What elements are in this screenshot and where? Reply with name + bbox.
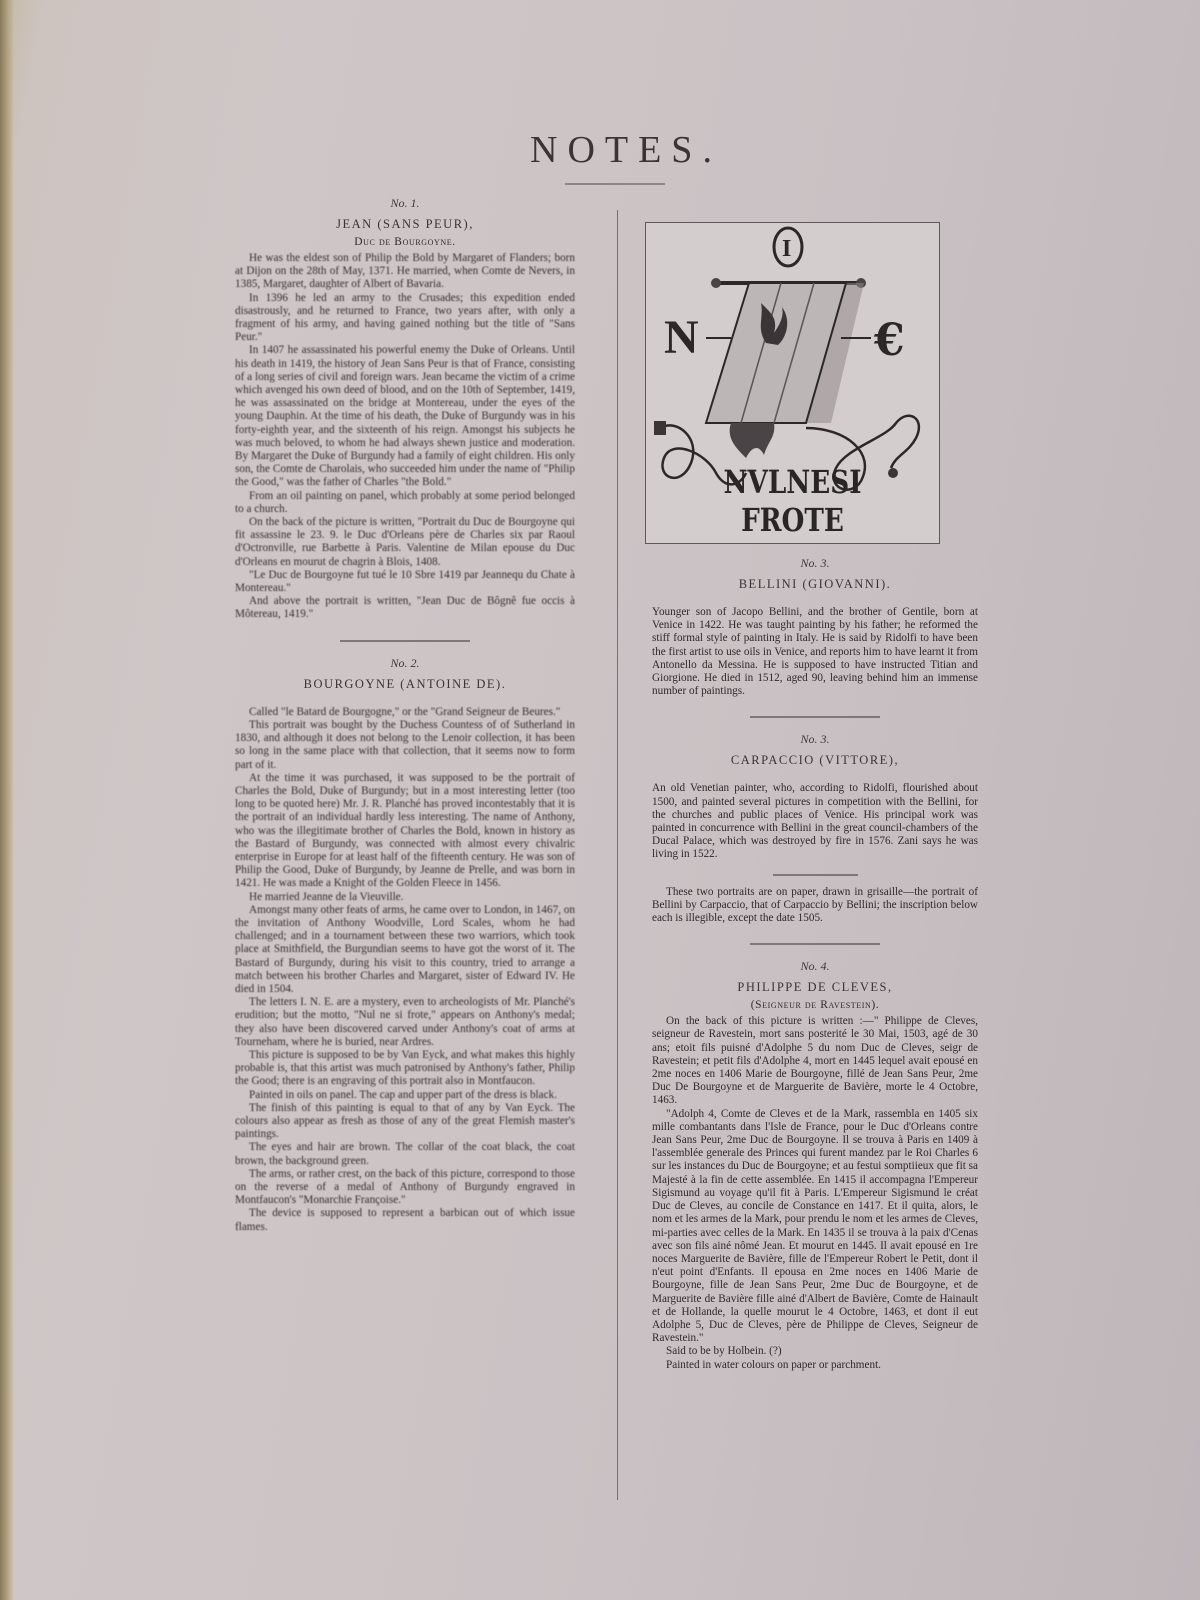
left-column: No. 1. JEAN (SANS PEUR), Duc de Bourgoyn… <box>235 196 575 1234</box>
paragraph: Younger son of Jacopo Bellini, and the b… <box>652 606 978 698</box>
note-number: No. 3. <box>652 732 978 747</box>
note-heading: JEAN (SANS PEUR), <box>235 217 575 232</box>
paragraph: An old Venetian painter, who, according … <box>652 782 978 861</box>
svg-text:I: I <box>782 236 791 262</box>
banner-flame-emblem-icon: I N € <box>646 223 939 503</box>
paragraph: At the time it was purchased, it was sup… <box>235 772 575 891</box>
letter-e: € <box>873 315 905 366</box>
right-column: No. 3. BELLINI (GIOVANNI). Younger son o… <box>652 556 978 1372</box>
paragraph: Said to be by Holbein. (?) <box>652 1345 978 1358</box>
note-3-bellini: No. 3. BELLINI (GIOVANNI). Younger son o… <box>652 556 978 698</box>
section-rule <box>750 943 880 945</box>
paragraph: "Le Duc de Bourgoyne fut tué le 10 Sbre … <box>235 569 575 595</box>
note-1: No. 1. JEAN (SANS PEUR), Duc de Bourgoyn… <box>235 196 575 622</box>
note-2: No. 2. BOURGOYNE (ANTOINE DE). Called "l… <box>235 656 575 1234</box>
note-heading: CARPACCIO (VITTORE), <box>652 753 978 768</box>
paragraph: On the back of the picture is written, "… <box>235 516 575 569</box>
book-spine-shadow <box>0 0 14 1600</box>
note-heading: PHILIPPE DE CLEVES, <box>652 980 978 995</box>
note-heading: BELLINI (GIOVANNI). <box>652 577 978 592</box>
emblem-motto: NVLNESI FROTE <box>672 463 912 539</box>
paragraph: The finish of this painting is equal to … <box>235 1102 575 1142</box>
note-number: No. 1. <box>235 196 575 211</box>
page-title: NOTES. <box>530 128 722 172</box>
note-number: No. 2. <box>235 656 575 671</box>
note-subheading: Duc de Bourgoyne. <box>235 236 575 248</box>
note-4: No. 4. PHILIPPE DE CLEVES, (Seigneur de … <box>652 959 978 1371</box>
paragraph: The arms, or rather crest, on the back o… <box>235 1168 575 1208</box>
paragraph: In 1407 he assassinated his powerful ene… <box>235 344 575 489</box>
paragraph: Painted in water colours on paper or par… <box>652 1359 978 1372</box>
paragraph: He was the eldest son of Philip the Bold… <box>235 252 575 292</box>
section-rule <box>750 716 880 718</box>
paragraph: In 1396 he led an army to the Crusades; … <box>235 292 575 345</box>
paragraph: And above the portrait is written, "Jean… <box>235 595 575 621</box>
paragraph: Called "le Batard de Bourgogne," or the … <box>235 706 575 719</box>
section-rule <box>773 874 858 876</box>
note-number: No. 3. <box>652 556 978 571</box>
shared-note: These two portraits are on paper, drawn … <box>652 886 978 926</box>
note-subheading: (Seigneur de Ravestein). <box>652 999 978 1011</box>
section-rule <box>340 640 470 642</box>
paragraph: This picture is supposed to be by Van Ey… <box>235 1049 575 1089</box>
emblem-illustration: I N € NVLNESI FROTE <box>645 222 940 544</box>
paragraph: He married Jeanne de la Vieuville. <box>235 891 575 904</box>
paragraph: The device is supposed to represent a ba… <box>235 1207 575 1233</box>
note-3-carpaccio: No. 3. CARPACCIO (VITTORE), An old Venet… <box>652 732 978 925</box>
paragraph: This portrait was bought by the Duchess … <box>235 719 575 772</box>
paragraph: The letters I. N. E. are a mystery, even… <box>235 996 575 1049</box>
paragraph: Painted in oils on panel. The cap and up… <box>235 1089 575 1102</box>
paragraph: Amongst many other feats of arms, he cam… <box>235 904 575 996</box>
paragraph: From an oil painting on panel, which pro… <box>235 490 575 516</box>
note-number: No. 4. <box>652 959 978 974</box>
paragraph: On the back of this picture is written :… <box>652 1015 978 1107</box>
note-heading: BOURGOYNE (ANTOINE DE). <box>235 677 575 692</box>
paragraph: The eyes and hair are brown. The collar … <box>235 1141 575 1167</box>
paragraph: "Adolph 4, Comte de Cleves et de la Mark… <box>652 1108 978 1346</box>
column-divider <box>617 210 618 1500</box>
title-rule <box>565 183 665 185</box>
letter-n: N <box>664 311 699 364</box>
